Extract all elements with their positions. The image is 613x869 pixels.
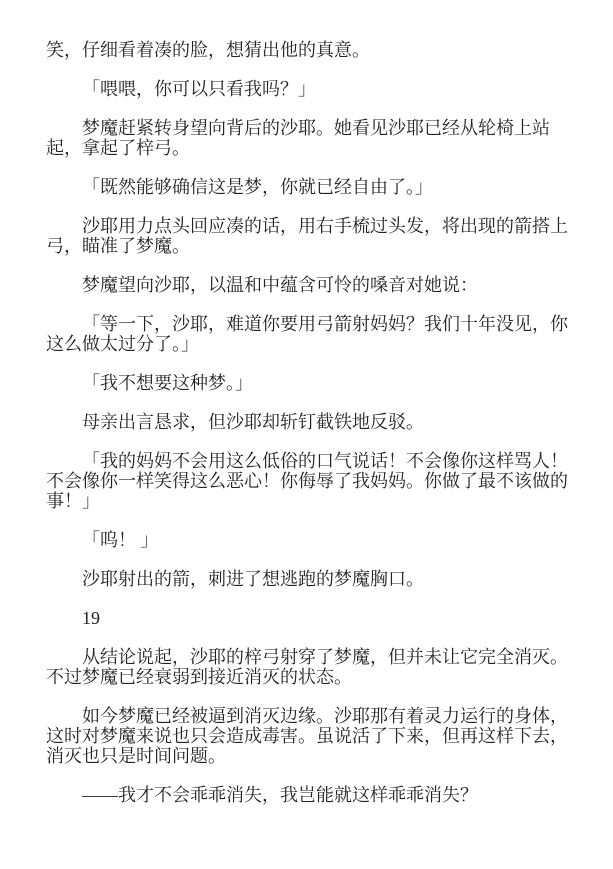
paragraph-dialogue: 「我的妈妈不会用这么低俗的口气说话！不会像你这样骂人！ 不会像你一样笑得这么恶心… <box>46 451 603 511</box>
paragraph: 沙耶用力点头回应凑的话，用右手梳过头发，将出现的箭搭上 弓，瞄准了梦魔。 <box>46 216 603 256</box>
paragraph: 梦魔望向沙耶，以温和中蕴含可怜的嗓音对她说： <box>46 275 603 295</box>
paragraph: 梦魔赶紧转身望向背后的沙耶。她看见沙耶已经从轮椅上站 起，拿起了梓弓。 <box>46 118 603 158</box>
paragraph-dialogue: 「等一下，沙耶，难道你要用弓箭射妈妈？我们十年没见，你 这么做太过分了。」 <box>46 314 603 354</box>
paragraph-dialogue: 「呜！ 」 <box>46 530 603 550</box>
paragraph-dialogue: 「既然能够确信这是梦，你就已经自由了。」 <box>46 177 603 197</box>
paragraph: 笑，仔细看着凑的脸，想猜出他的真意。 <box>46 40 603 60</box>
page-text-block: 笑，仔细看着凑的脸，想猜出他的真意。 「喂喂，你可以只看我吗？」 梦魔赶紧转身望… <box>46 40 603 805</box>
paragraph: 从结论说起，沙耶的梓弓射穿了梦魔，但并未让它完全消灭。 不过梦魔已经衰弱到接近消… <box>46 647 603 687</box>
paragraph-inner-monologue: ——我才不会乖乖消失，我岂能就这样乖乖消失？ <box>46 785 603 805</box>
paragraph: 母亲出言恳求，但沙耶却斩钉截铁地反驳。 <box>46 412 603 432</box>
section-number: 19 <box>46 608 603 628</box>
paragraph: 如今梦魔已经被逼到消灭边缘。沙耶那有着灵力运行的身体， 这时对梦魔来说也只会造成… <box>46 706 603 766</box>
paragraph-dialogue: 「喂喂，你可以只看我吗？」 <box>46 79 603 99</box>
paragraph-dialogue: 「我不想要这种梦。」 <box>46 373 603 393</box>
paragraph: 沙耶射出的箭，刺进了想逃跑的梦魔胸口。 <box>46 569 603 589</box>
document-page: { "page": { "background_color": "#ffffff… <box>0 0 613 869</box>
